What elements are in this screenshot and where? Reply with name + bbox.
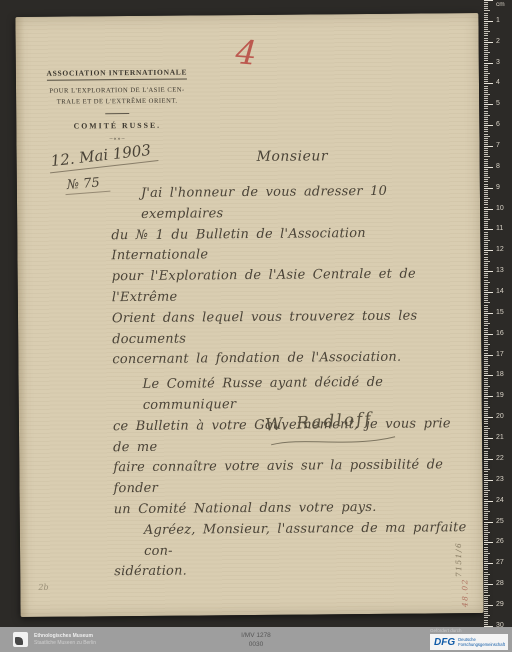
ruler-tick <box>484 463 488 464</box>
handwritten-date: 12. Mai 1903 <box>48 140 158 173</box>
ruler-tick <box>484 413 488 414</box>
ruler-tick <box>484 392 488 393</box>
ruler-tick <box>484 375 493 376</box>
ruler-tick <box>484 280 488 281</box>
ruler-tick <box>484 426 488 427</box>
ruler-tick <box>484 307 488 308</box>
ruler-tick <box>484 588 488 589</box>
ruler-tick <box>484 246 488 247</box>
ruler-tick <box>484 65 488 66</box>
ruler-tick <box>484 240 490 241</box>
letterhead-committee: COMITÉ RUSSE. <box>44 121 190 131</box>
ruler-tick <box>484 217 488 218</box>
ruler-tick <box>484 551 488 552</box>
ruler-tick <box>484 54 488 55</box>
ruler-tick <box>484 346 488 347</box>
ruler-tick <box>484 613 488 614</box>
ruler-tick <box>484 373 488 374</box>
ruler-tick <box>484 48 488 49</box>
ruler-tick <box>484 367 488 368</box>
ruler-tick <box>484 108 488 109</box>
ruler-tick <box>484 567 488 568</box>
ruler-tick <box>484 188 493 189</box>
ruler-tick <box>484 119 488 120</box>
ruler-tick <box>484 605 493 606</box>
signature-flourish-stroke <box>269 434 399 449</box>
ruler-tick <box>484 415 488 416</box>
ruler-number: 10 <box>496 205 504 212</box>
ruler-tick <box>484 33 488 34</box>
ruler-tick <box>484 219 490 220</box>
ruler-number: 29 <box>496 601 504 608</box>
ruler-tick <box>484 207 488 208</box>
ruler-tick <box>484 15 488 16</box>
ruler-tick <box>484 175 488 176</box>
ruler-number: 9 <box>496 184 500 191</box>
ruler-tick <box>484 269 488 270</box>
ruler-tick <box>484 40 488 41</box>
ruler-tick <box>484 181 488 182</box>
ruler-tick <box>484 590 488 591</box>
ruler-tick <box>484 136 490 137</box>
ruler-tick <box>484 517 488 518</box>
ruler-tick <box>484 344 490 345</box>
ruler-tick <box>484 603 488 604</box>
ruler-tick <box>484 63 493 64</box>
ruler-tick <box>484 259 488 260</box>
ruler-tick <box>484 465 488 466</box>
ruler-tick <box>484 90 488 91</box>
ruler-tick <box>484 580 488 581</box>
ruler-tick <box>484 359 488 360</box>
ruler-tick <box>484 261 490 262</box>
ruler: cm 1234567891011121314151617181920212223… <box>484 0 512 652</box>
ruler-tick <box>484 371 488 372</box>
ruler-tick <box>484 46 488 47</box>
ruler-tick <box>484 86 488 87</box>
ruler-tick <box>484 622 488 623</box>
ruler-tick <box>484 334 493 335</box>
ruler-tick <box>484 83 493 84</box>
ruler-tick <box>484 142 488 143</box>
footer-bar: Ethnologisches Museum Staatliche Museen … <box>0 627 512 652</box>
ruler-tick <box>484 469 490 470</box>
ruler-number: 1 <box>496 17 500 24</box>
ruler-tick <box>484 595 490 596</box>
ruler-tick <box>484 559 488 560</box>
ruler-tick <box>484 250 493 251</box>
letter-line: pour l'Exploration de l'Asie Centrale et… <box>112 264 468 309</box>
ruler-tick <box>484 234 488 235</box>
ruler-tick <box>484 196 488 197</box>
ruler-tick <box>484 131 488 132</box>
ruler-tick <box>484 2 488 3</box>
letter-line: faire connaître votre avis sur la possib… <box>113 455 469 500</box>
ruler-tick <box>484 522 493 523</box>
ruler-tick <box>484 292 493 293</box>
ruler-tick <box>484 248 488 249</box>
ruler-tick <box>484 165 488 166</box>
ruler-tick <box>484 225 488 226</box>
ruler-tick <box>484 480 493 481</box>
ruler-tick <box>484 273 488 274</box>
scan-viewport: 4 ASSOCIATION INTERNATIONALE POUR L'EXPL… <box>0 0 512 652</box>
ruler-tick <box>484 163 488 164</box>
ruler-number: 12 <box>496 246 504 253</box>
ruler-tick <box>484 515 488 516</box>
ruler-tick <box>484 309 488 310</box>
ruler-number: 23 <box>496 476 504 483</box>
ruler-tick <box>484 557 488 558</box>
ruler-tick <box>484 58 488 59</box>
ruler-tick <box>484 365 490 366</box>
ruler-tick <box>484 620 488 621</box>
ruler-tick <box>484 484 488 485</box>
ruler-tick <box>484 265 488 266</box>
ruler-tick <box>484 490 490 491</box>
ruler-tick <box>484 457 488 458</box>
letter-salutation: Monsieur <box>257 148 329 165</box>
ruler-tick <box>484 204 488 205</box>
ruler-tick <box>484 75 488 76</box>
ruler-tick <box>484 194 488 195</box>
ruler-tick <box>484 444 488 445</box>
ruler-number: 3 <box>496 59 500 66</box>
letter-line: concernant la fondation de l'Association… <box>112 347 468 371</box>
ruler-tick <box>484 111 488 112</box>
ruler-tick <box>484 92 488 93</box>
red-folio-number: 4 <box>234 32 258 73</box>
ruler-tick <box>484 394 488 395</box>
ruler-tick <box>484 378 488 379</box>
ruler-tick <box>484 150 488 151</box>
ruler-tick <box>484 340 488 341</box>
ruler-tick <box>484 123 488 124</box>
ruler-tick <box>484 38 488 39</box>
ruler-tick <box>484 592 488 593</box>
ruler-tick <box>484 227 488 228</box>
ruler-unit-label: cm <box>496 1 505 8</box>
letter-body: J'ai l'honneur de vous adresser 10 exemp… <box>111 181 470 583</box>
ruler-tick <box>484 50 488 51</box>
ruler-tick <box>484 296 488 297</box>
ruler-tick <box>484 396 493 397</box>
ruler-tick <box>484 277 488 278</box>
ruler-tick <box>484 380 488 381</box>
ruler-tick <box>484 501 493 502</box>
ruler-tick <box>484 100 488 101</box>
ruler-tick <box>484 81 488 82</box>
ruler-tick <box>484 52 490 53</box>
letterhead-association-name: ASSOCIATION INTERNATIONALE <box>46 68 187 81</box>
ruler-tick <box>484 542 493 543</box>
ruler-tick <box>484 169 488 170</box>
ruler-tick <box>484 342 488 343</box>
ruler-tick <box>484 106 488 107</box>
ruler-tick <box>484 607 488 608</box>
margin-red-annotation: 48.02 <box>460 561 469 607</box>
ruler-tick <box>484 121 488 122</box>
ruler-tick <box>484 67 488 68</box>
ruler-tick <box>484 438 493 439</box>
letter-line: Le Comité Russe ayant décidé de communiq… <box>113 372 469 417</box>
ruler-number: 2 <box>496 38 500 45</box>
ruler-tick <box>484 177 490 178</box>
letterhead-divider <box>105 113 129 114</box>
ruler-tick <box>484 526 488 527</box>
ruler-tick <box>484 553 490 554</box>
ruler-tick <box>484 27 488 28</box>
ruler-tick <box>484 146 493 147</box>
ruler-tick <box>484 192 488 193</box>
ruler-tick <box>484 6 488 7</box>
ruler-tick <box>484 601 488 602</box>
ruler-tick <box>484 8 488 9</box>
letterhead-ornament: –«»– <box>44 136 190 143</box>
ruler-tick <box>484 451 488 452</box>
ruler-number: 22 <box>496 455 504 462</box>
ruler-tick <box>484 411 488 412</box>
ruler-tick <box>484 325 488 326</box>
ruler-tick <box>484 353 488 354</box>
ruler-tick <box>484 448 490 449</box>
ruler-tick <box>484 455 488 456</box>
ruler-tick <box>484 19 488 20</box>
ruler-tick <box>484 148 488 149</box>
ruler-tick <box>484 190 488 191</box>
ruler-tick <box>484 461 488 462</box>
ruler-tick <box>484 348 488 349</box>
ruler-tick <box>484 319 488 320</box>
ruler-tick <box>484 167 493 168</box>
ruler-tick <box>484 221 488 222</box>
ruler-tick <box>484 361 488 362</box>
ruler-number: 5 <box>496 100 500 107</box>
ruler-tick <box>484 328 488 329</box>
ruler-number: 27 <box>496 559 504 566</box>
ruler-tick <box>484 355 493 356</box>
ruler-tick <box>484 530 488 531</box>
ruler-tick <box>484 323 490 324</box>
ruler-tick <box>484 617 488 618</box>
ruler-tick <box>484 386 490 387</box>
ruler-tick <box>484 584 493 585</box>
ruler-tick <box>484 211 488 212</box>
ruler-tick <box>484 96 488 97</box>
ruler-tick <box>484 138 488 139</box>
ruler-tick <box>484 198 490 199</box>
ruler-tick <box>484 565 488 566</box>
ruler-tick <box>484 609 488 610</box>
ruler-tick <box>484 244 488 245</box>
ruler-tick <box>484 509 488 510</box>
letter-line: Agréez, Monsieur, l'assurance de ma parf… <box>114 518 470 563</box>
ruler-tick <box>484 405 488 406</box>
ruler-tick <box>484 574 490 575</box>
ruler-tick <box>484 482 488 483</box>
ruler-tick <box>484 321 488 322</box>
ruler-tick <box>484 459 493 460</box>
ruler-tick <box>484 576 488 577</box>
ruler-number: 15 <box>496 309 504 316</box>
ruler-tick <box>484 528 488 529</box>
ruler-tick <box>484 290 488 291</box>
ruler-number: 19 <box>496 392 504 399</box>
ruler-tick <box>484 428 490 429</box>
ruler-tick <box>484 513 488 514</box>
ruler-tick <box>484 73 490 74</box>
ruler-tick <box>484 624 488 625</box>
ruler-number: 7 <box>496 142 500 149</box>
letterhead: ASSOCIATION INTERNATIONALE POUR L'EXPLOR… <box>44 62 191 143</box>
ruler-tick <box>484 417 493 418</box>
ruler-tick <box>484 336 488 337</box>
ruler-number: 17 <box>496 351 504 358</box>
letterhead-subtitle-line2: TRALE ET DE L'EXTRÊME ORIENT. <box>44 98 190 106</box>
ruler-number: 4 <box>496 79 500 86</box>
ruler-tick <box>484 421 488 422</box>
ruler-tick <box>484 161 488 162</box>
ruler-tick <box>484 440 488 441</box>
ruler-tick <box>484 471 488 472</box>
ruler-number: 25 <box>496 518 504 525</box>
ruler-tick <box>484 384 488 385</box>
ruler-tick <box>484 442 488 443</box>
ruler-tick <box>484 294 488 295</box>
ruler-tick <box>484 223 488 224</box>
ruler-tick <box>484 505 488 506</box>
ruler-tick <box>484 77 488 78</box>
ruler-tick <box>484 467 488 468</box>
ruler-tick <box>484 125 493 126</box>
ruler-tick <box>484 563 493 564</box>
ruler-tick <box>484 488 488 489</box>
ruler-tick <box>484 35 488 36</box>
ruler-tick <box>484 446 488 447</box>
ruler-tick <box>484 540 488 541</box>
ruler-number: 14 <box>496 288 504 295</box>
ruler-tick <box>484 31 490 32</box>
ruler-tick <box>484 23 488 24</box>
ruler-tick <box>484 586 488 587</box>
ruler-tick <box>484 271 493 272</box>
ruler-tick <box>484 499 488 500</box>
ruler-tick <box>484 626 493 627</box>
ruler-tick <box>484 257 488 258</box>
ruler-tick <box>484 549 488 550</box>
ruler-tick <box>484 286 488 287</box>
ruler-tick <box>484 238 488 239</box>
ruler-number: 16 <box>496 330 504 337</box>
ruler-tick <box>484 390 488 391</box>
ruler-number: 28 <box>496 580 504 587</box>
ruler-tick <box>484 254 488 255</box>
ruler-tick <box>484 25 488 26</box>
ruler-tick <box>484 478 488 479</box>
ruler-tick <box>484 611 488 612</box>
ruler-number: 26 <box>496 538 504 545</box>
ruler-tick <box>484 29 488 30</box>
ruler-tick <box>484 532 490 533</box>
ruler-tick <box>484 363 488 364</box>
letter-line: Orient dans lequel vous trouverez tous l… <box>112 306 468 351</box>
ruler-tick <box>484 284 488 285</box>
ruler-tick <box>484 569 488 570</box>
ruler-tick <box>484 430 488 431</box>
ruler-number: 20 <box>496 413 504 420</box>
ruler-tick <box>484 154 488 155</box>
ruler-tick <box>484 44 488 45</box>
ruler-tick <box>484 298 488 299</box>
letter-line: du № 1 du Bulletin de l'Association Inte… <box>111 223 467 268</box>
ruler-tick <box>484 252 488 253</box>
ruler-tick <box>484 313 493 314</box>
ruler-tick <box>484 134 488 135</box>
ruler-tick <box>484 213 488 214</box>
ruler-tick <box>484 476 488 477</box>
ruler-tick <box>484 572 488 573</box>
ruler-tick <box>484 474 488 475</box>
ruler-tick <box>484 597 488 598</box>
ruler-tick <box>484 156 490 157</box>
ruler-tick <box>484 171 488 172</box>
ruler-number: 24 <box>496 497 504 504</box>
ruler-number: 6 <box>496 121 500 128</box>
ruler-tick <box>484 200 488 201</box>
ruler-tick <box>484 547 488 548</box>
ruler-number: 8 <box>496 163 500 170</box>
ruler-number: 30 <box>496 622 504 629</box>
ruler-tick <box>484 88 488 89</box>
ruler-tick <box>484 311 488 312</box>
ruler-tick <box>484 453 488 454</box>
ruler-tick <box>484 519 488 520</box>
ruler-tick <box>484 432 488 433</box>
letter-page: 4 ASSOCIATION INTERNATIONALE POUR L'EXPL… <box>15 13 483 617</box>
ruler-tick <box>484 492 488 493</box>
ruler-tick <box>484 184 488 185</box>
ruler-tick <box>484 69 488 70</box>
ruler-tick <box>484 232 488 233</box>
ruler-tick <box>484 60 488 61</box>
ruler-tick <box>484 511 490 512</box>
letter-line: J'ai l'honneur de vous adresser 10 exemp… <box>111 181 467 226</box>
ruler-tick <box>484 434 488 435</box>
ruler-tick <box>484 104 493 105</box>
ruler-tick <box>484 159 488 160</box>
ruler-tick <box>484 544 488 545</box>
ruler-tick <box>484 282 490 283</box>
ruler-tick <box>484 401 488 402</box>
ruler-tick <box>484 129 488 130</box>
ruler-tick <box>484 127 488 128</box>
ruler-tick <box>484 388 488 389</box>
ruler-tick <box>484 315 488 316</box>
corner-pencil-annotation: 2b <box>38 583 48 592</box>
ruler-number: 13 <box>496 267 504 274</box>
ruler-tick <box>484 186 488 187</box>
ruler-tick <box>484 538 488 539</box>
ruler-tick <box>484 524 488 525</box>
ruler-tick <box>484 330 488 331</box>
ruler-tick <box>484 0 493 1</box>
ruler-tick <box>484 302 490 303</box>
ruler-tick <box>484 599 488 600</box>
ruler-tick <box>484 317 488 318</box>
ruler-tick <box>484 305 488 306</box>
ruler-tick <box>484 486 488 487</box>
ruler-tick <box>484 407 490 408</box>
